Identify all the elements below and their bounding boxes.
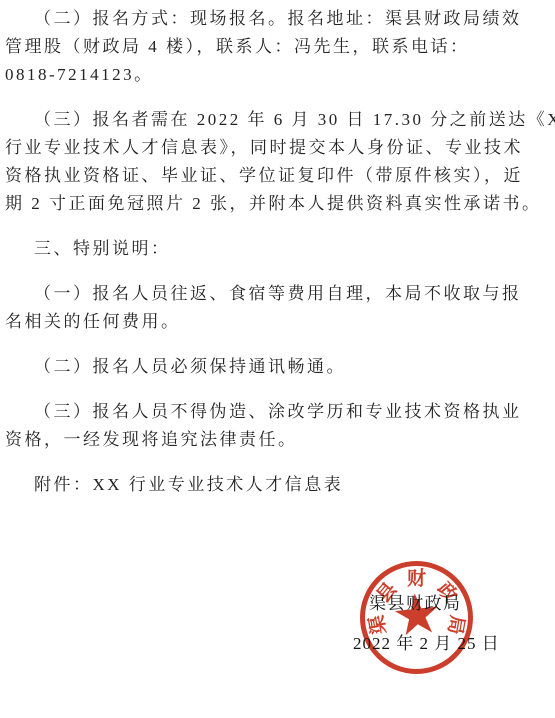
paragraph: （三）报名人员不得伪造、涂改学历和专业技术资格执业资格，一经发现将追究法律责任。 bbox=[5, 398, 515, 454]
official-seal: ★ 渠县财政局 bbox=[360, 561, 473, 674]
document-body: （二）报名方式：现场报名。报名地址：渠县财政局绩效管理股（财政局 4 楼），联系… bbox=[0, 0, 555, 499]
paragraph: （一）报名人员往返、食宿等费用自理，本局不收取与报名相关的任何费用。 bbox=[5, 280, 515, 336]
text-line: 0818-7214123。 bbox=[5, 61, 515, 89]
text-line: （二）报名方式：现场报名。报名地址：渠县财政局绩效 bbox=[5, 5, 515, 33]
paragraph: （二）报名人员必须保持通讯畅通。 bbox=[5, 353, 515, 381]
paragraph: （三）报名者需在 2022 年 6 月 30 日 17.30 分之前送达《XX行… bbox=[5, 106, 515, 218]
seal-character: 财 bbox=[407, 569, 426, 588]
text-line: 行业专业技术人才信息表》，同时提交本人身份证、专业技术 bbox=[5, 134, 515, 162]
document-page: （二）报名方式：现场报名。报名地址：渠县财政局绩效管理股（财政局 4 楼），联系… bbox=[0, 0, 555, 718]
text-line: 资格，一经发现将追究法律责任。 bbox=[5, 426, 515, 454]
paragraph: 附件：XX 行业专业技术人才信息表 bbox=[5, 471, 515, 499]
text-line: 附件：XX 行业专业技术人才信息表 bbox=[5, 471, 515, 499]
paragraph: （二）报名方式：现场报名。报名地址：渠县财政局绩效管理股（财政局 4 楼），联系… bbox=[5, 5, 515, 89]
text-line: （三）报名者需在 2022 年 6 月 30 日 17.30 分之前送达《XX bbox=[5, 106, 515, 134]
text-line: 名相关的任何费用。 bbox=[5, 308, 515, 336]
text-line: 期 2 寸正面免冠照片 2 张，并附本人提供资料真实性承诺书。 bbox=[5, 190, 515, 218]
paragraph: 三、特别说明： bbox=[5, 235, 515, 263]
text-line: （三）报名人员不得伪造、涂改学历和专业技术资格执业 bbox=[5, 398, 515, 426]
text-line: 三、特别说明： bbox=[5, 235, 515, 263]
text-line: （一）报名人员往返、食宿等费用自理，本局不收取与报 bbox=[5, 280, 515, 308]
signature-date: 2022 年 2 月 25 日 bbox=[353, 629, 500, 654]
text-line: 资格执业资格证、毕业证、学位证复印件（带原件核实），近 bbox=[5, 162, 515, 190]
text-line: （二）报名人员必须保持通讯畅通。 bbox=[5, 353, 515, 381]
signature-org: 渠县财政局 bbox=[369, 589, 462, 614]
text-line: 管理股（财政局 4 楼），联系人：冯先生，联系电话： bbox=[5, 33, 515, 61]
